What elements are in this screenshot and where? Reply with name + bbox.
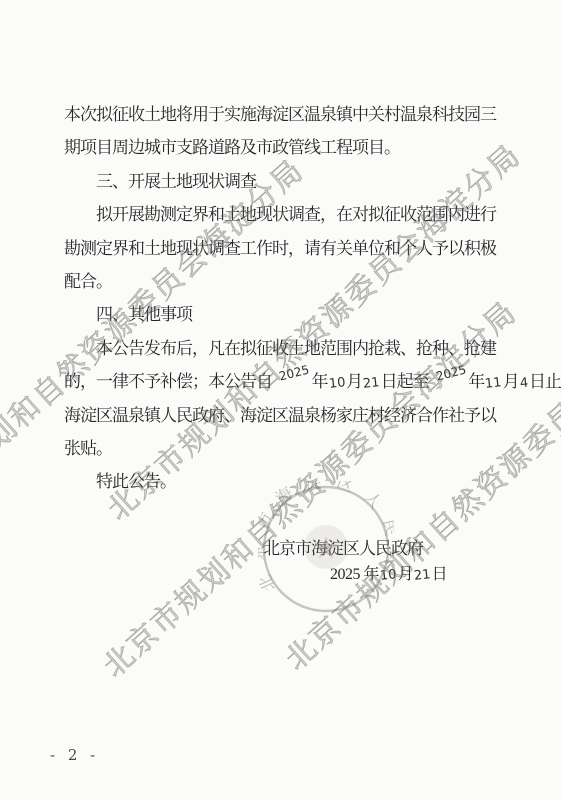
handwritten-day: 21 xyxy=(413,567,431,584)
signature-issuer: 北京市海淀区人民政府 xyxy=(263,534,423,559)
paragraph-line: 配合。 xyxy=(64,265,500,298)
page-number: - 2 - xyxy=(50,746,99,764)
section-heading: 三、开展土地现状调查 xyxy=(64,165,500,198)
closing-line: 特此公告。 xyxy=(64,465,500,498)
date-line: 的，一律不予补偿；本公告自2025年10月21日起至2025年11月4日止在 xyxy=(64,365,500,398)
body-text: 本次拟征收土地将用于实施海淀区温泉镇中关村温泉科技园三 期项目周边城市支路道路及… xyxy=(64,98,500,499)
date-line-text: 年 xyxy=(468,372,484,391)
paragraph-line: 期项目周边城市支路道路及市政管线工程项目。 xyxy=(64,131,500,164)
signature-date: 2025 年10月21日 xyxy=(330,561,447,584)
signature-date-label: 月 xyxy=(398,566,414,583)
handwritten-month: 10 xyxy=(327,366,347,401)
section-heading: 四、其他事项 xyxy=(64,298,500,331)
paragraph-line: 本次拟征收土地将用于实施海淀区温泉镇中关村温泉科技园三 xyxy=(64,98,500,131)
handwritten-day: 21 xyxy=(361,366,381,401)
date-line-text: 的，一律不予补偿；本公告自 xyxy=(64,372,272,391)
paragraph-line: 拟开展勘测定界和土地现状调查，在对拟征收范围内进行 xyxy=(64,198,500,231)
signature-date-label: 日 xyxy=(432,566,448,583)
date-line-text: 日止在 xyxy=(529,372,561,391)
document-page: 本次拟征收土地将用于实施海淀区温泉镇中关村温泉科技园三 期项目周边城市支路道路及… xyxy=(0,0,561,800)
handwritten-day: 4 xyxy=(518,367,530,401)
handwritten-month: 10 xyxy=(379,567,397,584)
handwriting-scribble xyxy=(266,332,300,356)
handwritten-month: 11 xyxy=(483,366,503,401)
date-line-text: 年 xyxy=(312,372,328,391)
paragraph-line: 张贴。 xyxy=(64,432,500,465)
paragraph-line: 海淀区温泉镇人民政府、海淀区温泉杨家庄村经济合作社予以 xyxy=(64,399,500,432)
date-line-text: 月 xyxy=(503,372,519,391)
date-line-text: 日起至 xyxy=(381,372,429,391)
paragraph-line: 勘测定界和土地现状调查工作时，请有关单位和个人予以积极 xyxy=(64,232,500,265)
signature-date-year: 2025 年 xyxy=(330,566,379,583)
date-line-text: 月 xyxy=(346,372,362,391)
